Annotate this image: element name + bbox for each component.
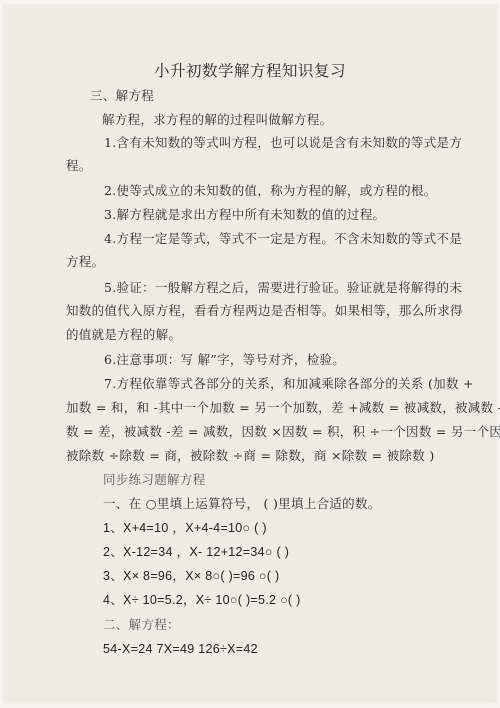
point-5-line-3: 的值就是方程的解。 <box>66 327 181 343</box>
point-4-line-2: 方程。 <box>66 254 104 270</box>
point-7-line-4: 被除数 ÷除数 = 商，被除数 ÷商 = 除数，商 ×除数 = 被除数 ) <box>66 448 435 464</box>
part-2-equations: 54-X=24 7X=49 126÷X=42 <box>103 641 258 657</box>
point-2: 2.使等式成立的未知数的值，称为方程的解，或方程的根。 <box>104 183 437 199</box>
point-7-line-1: 7.方程依靠等式各部分的关系，和加减乘除各部分的关系 (加数 + <box>104 376 474 392</box>
point-1-line-2: 程。 <box>66 158 92 174</box>
definition-text: 解方程，求方程的解的过程叫做解方程。 <box>102 112 332 128</box>
exercise-3: 3、X× 8=96，X× 8○( )=96 ○( ) <box>103 568 279 584</box>
document-title: 小升初数学解方程知识复习 <box>0 59 500 81</box>
point-3: 3.解方程就是求出方程中所有未知数的值的过程。 <box>104 207 385 223</box>
part-2-heading: 二、解方程： <box>103 617 180 633</box>
part-1-heading: 一、在 ○里填上运算符号， ( )里填上合适的数。 <box>103 496 381 512</box>
point-7-line-2: 加数 = 和，和 -其中一个加数 = 另一个加数，差 +减数 = 被减数，被减数… <box>66 400 500 416</box>
point-7-line-3: 数 = 差，被减数 -差 = 减数，因数 ×因数 = 积，积 ÷一个因数 = 另… <box>66 424 500 440</box>
point-5-line-2: 知数的值代入原方程，看看方程两边是否相等。如果相等，那么所求得 <box>66 303 463 319</box>
exercise-2: 2、X-12=34 ，X- 12+12=34○ ( ) <box>103 544 289 560</box>
practice-heading: 同步练习题解方程 <box>103 472 205 488</box>
point-5-line-1: 5.验证：一般解方程之后，需要进行验证。验证就是将解得的未 <box>104 280 462 296</box>
exercise-1: 1、X+4=10 ，X+4-4=10○ ( ) <box>103 520 267 536</box>
point-1-line-1: 1.含有未知数的等式叫方程，也可以说是含有未知数的等式是方 <box>104 135 462 151</box>
exercise-4: 4、X÷ 10=5.2，X÷ 10○( )=5.2 ○( ) <box>103 592 301 608</box>
point-4-line-1: 4.方程一定是等式，等式不一定是方程。不含未知数的等式不是 <box>104 231 462 247</box>
point-6: 6.注意事项：写 解”字，等号对齐，检验。 <box>104 352 345 368</box>
section-heading: 三、解方程 <box>90 88 154 104</box>
